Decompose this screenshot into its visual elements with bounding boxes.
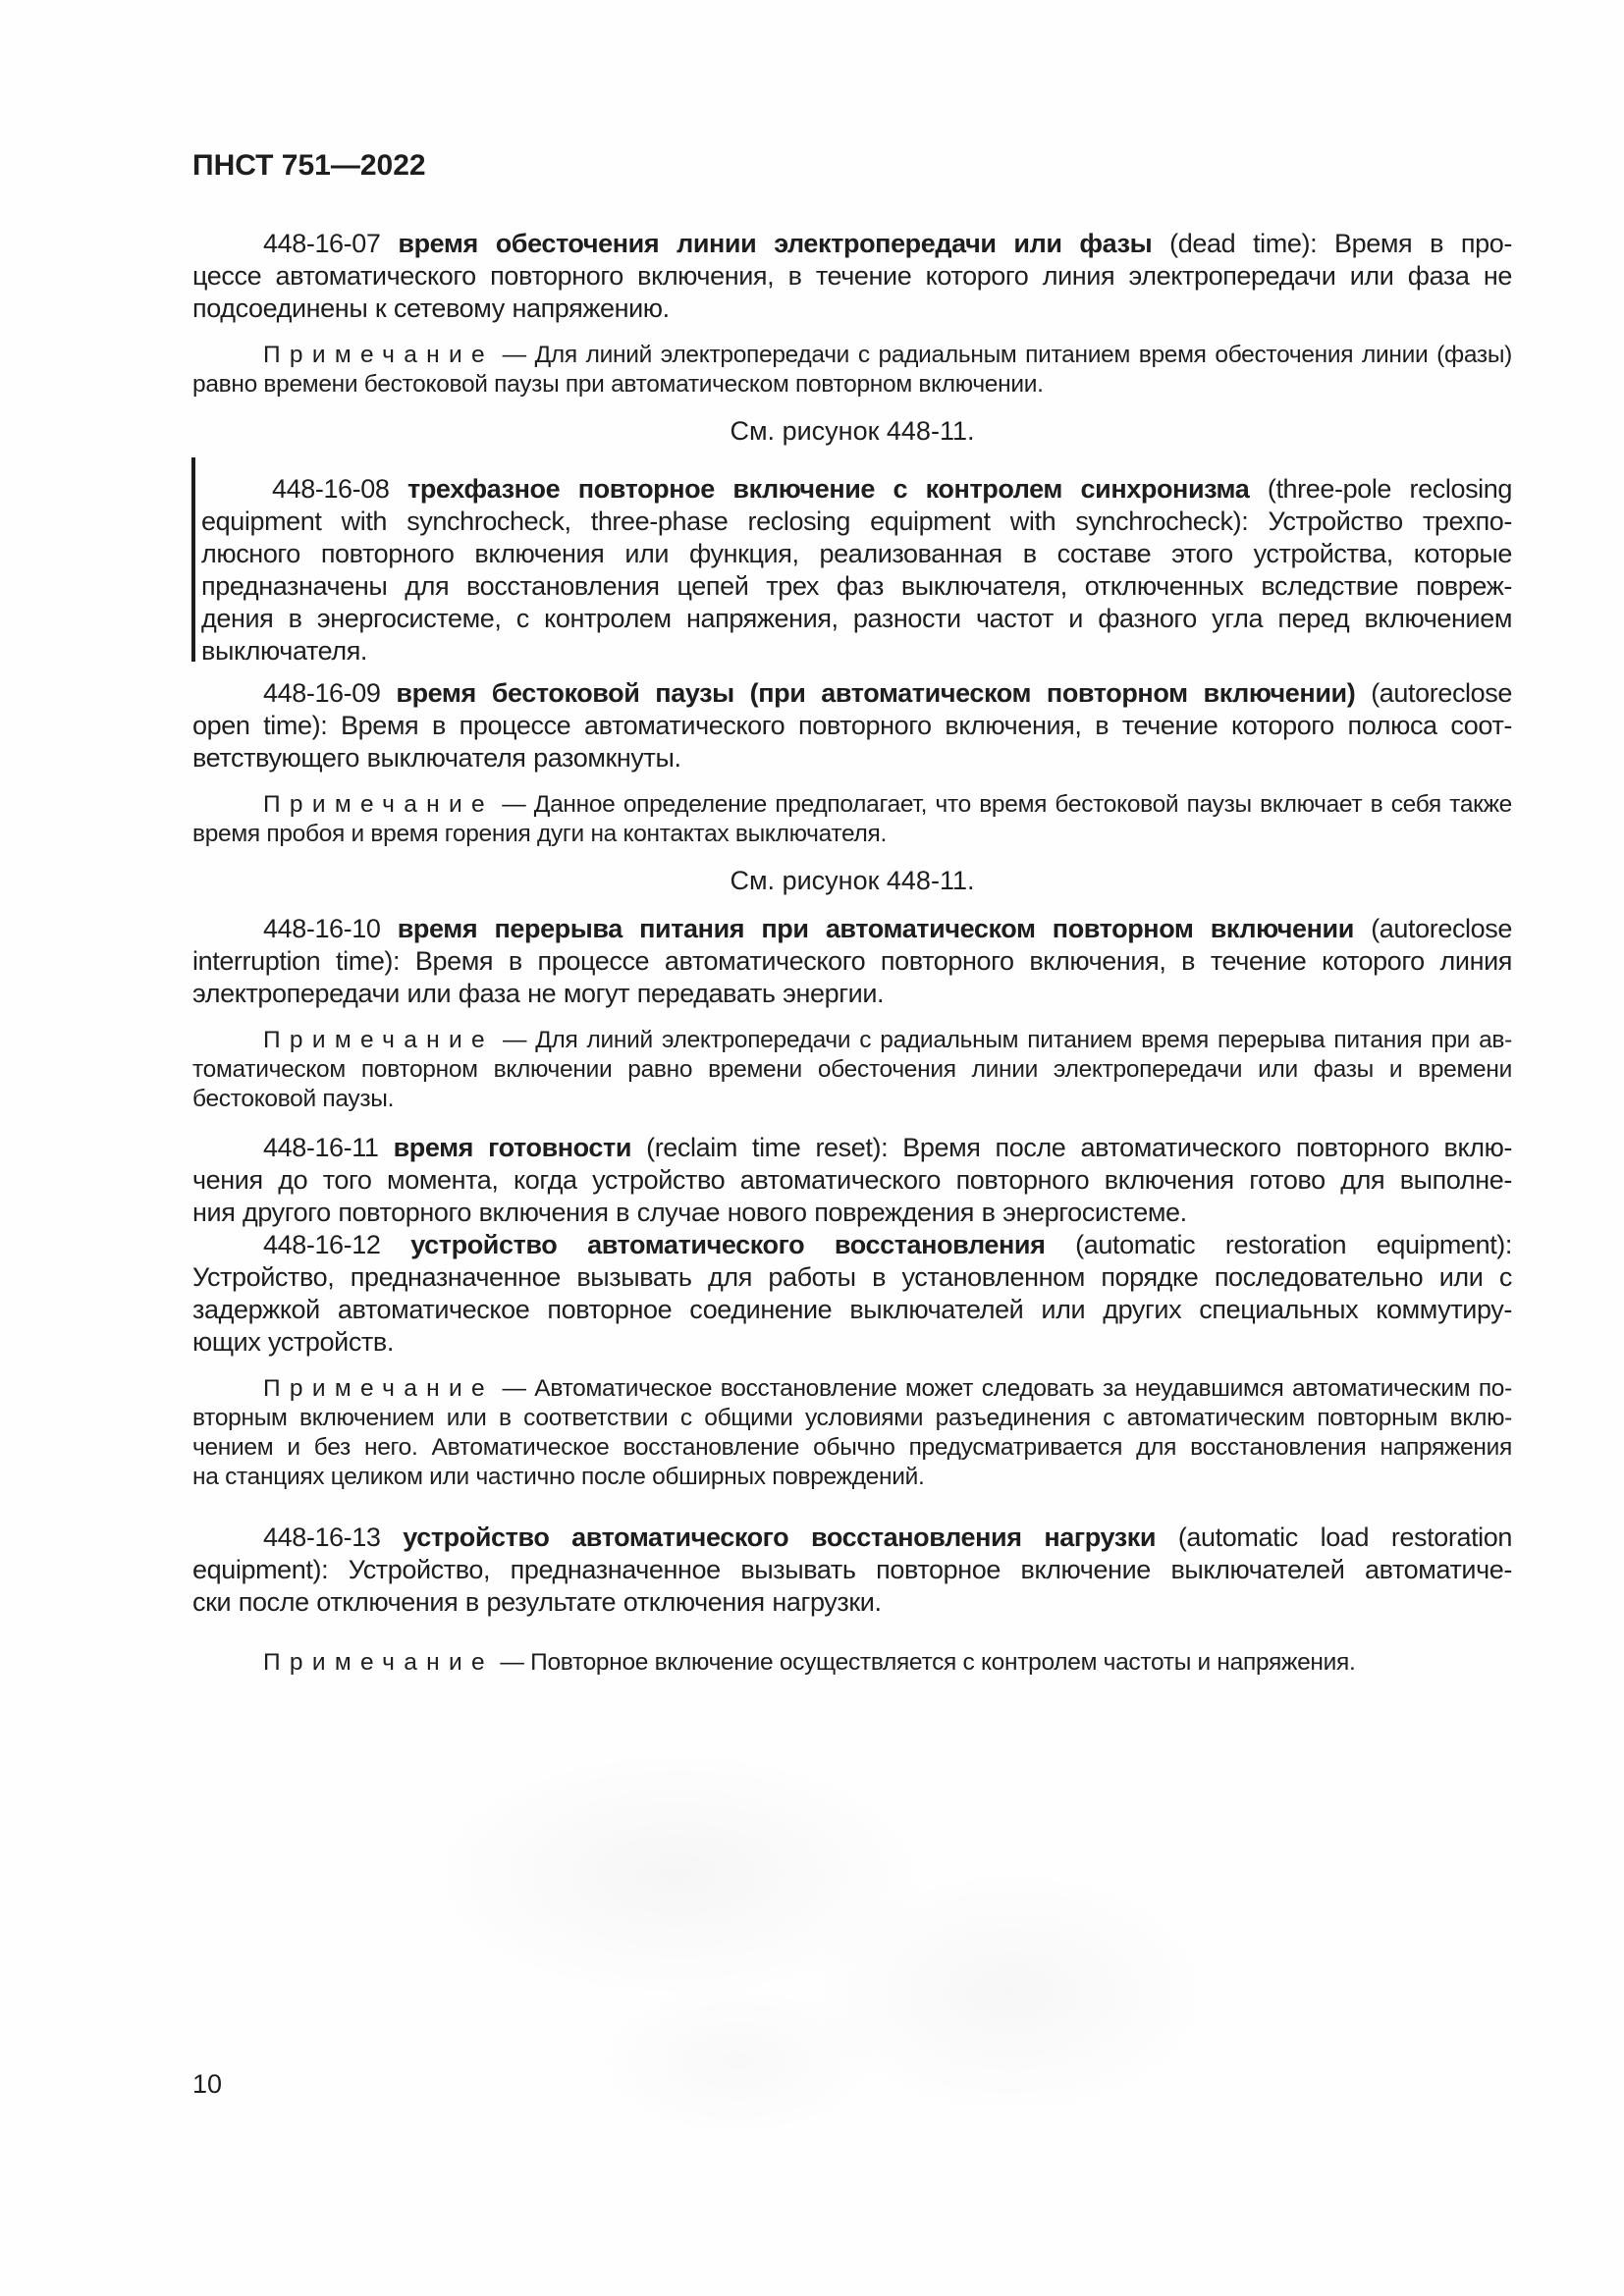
definition-paragraph: 448-16-07 время обесточения линии электр… <box>192 228 1512 325</box>
text-line: 448-16-10 время перерыва питания при авт… <box>192 913 1512 945</box>
text-line: ски после отключения в результате отключ… <box>192 1586 1512 1619</box>
text-line: на станциях целиком или частично после о… <box>192 1463 1512 1492</box>
text-line: ющих устройств. <box>192 1326 1512 1359</box>
text-line: ветствующего выключателя разомкнуты. <box>192 742 1512 774</box>
text-line: Примечание — Данное определение предпола… <box>192 790 1512 820</box>
text-line: interruption time): Время в процессе авт… <box>192 945 1512 978</box>
note-paragraph: Примечание — Повторное включение осущест… <box>192 1648 1512 1678</box>
note-paragraph: Примечание — Для линий электропередачи с… <box>192 341 1512 400</box>
text-line: equipment): Устройство, предназначенное … <box>192 1554 1512 1586</box>
text-line: электропередачи или фаза не могут переда… <box>192 978 1512 1010</box>
text-line: Устройство, предназначенное вызывать для… <box>192 1261 1512 1294</box>
content-column: 448-16-07 время обесточения линии электр… <box>192 228 1512 1693</box>
text-line: выключателя. <box>201 635 1512 667</box>
text-line: 448-16-12 устройство автоматического вос… <box>192 1229 1512 1261</box>
document-page: ПНСТ 751—2022 448-16-07 время обесточени… <box>0 0 1624 2296</box>
page-number: 10 <box>192 2069 222 2100</box>
text-line: чением и без него. Автоматическое восста… <box>192 1433 1512 1463</box>
note-paragraph: Примечание — Для линий электропередачи с… <box>192 1026 1512 1114</box>
text-line: 448-16-08 трехфазное повторное включение… <box>201 473 1512 506</box>
text-line: вторным включением или в соответствии с … <box>192 1404 1512 1433</box>
text-line: предназначены для восстановления цепей т… <box>201 570 1512 603</box>
text-line: подсоединены к сетевому напряжению. <box>192 293 1512 325</box>
text-line: 448-16-13 устройство автоматического вос… <box>192 1522 1512 1554</box>
text-line: 448-16-11 время готовности (reclaim time… <box>192 1132 1512 1164</box>
text-line: чения до того момента, когда устройство … <box>192 1164 1512 1197</box>
scan-artifact <box>805 1865 1218 2120</box>
figure-reference: См. рисунок 448-11. <box>192 415 1512 448</box>
definition-paragraph: 448-16-11 время готовности (reclaim time… <box>192 1132 1512 1229</box>
note-paragraph: Примечание — Данное определение предпола… <box>192 790 1512 849</box>
text-line: Примечание — Для линий электропередачи с… <box>192 1026 1512 1055</box>
document-code-header: ПНСТ 751—2022 <box>192 149 426 183</box>
text-line: бестоковой паузы. <box>192 1085 1512 1114</box>
definition-paragraph: 448-16-09 время бестоковой паузы (при ав… <box>192 677 1512 774</box>
figure-reference: См. рисунок 448-11. <box>192 865 1512 897</box>
text-line: 448-16-09 время бестоковой паузы (при ав… <box>192 677 1512 710</box>
definition-paragraph: 448-16-08 трехфазное повторное включение… <box>192 473 1512 667</box>
definition-paragraph: 448-16-13 устройство автоматического вос… <box>192 1522 1512 1619</box>
text-line: 448-16-07 время обесточения линии электр… <box>192 228 1512 260</box>
scan-artifact <box>589 1983 884 2140</box>
text-line: томатическом повторном включении равно в… <box>192 1055 1512 1085</box>
text-line: Примечание — Для линий электропередачи с… <box>192 341 1512 370</box>
text-line: Примечание — Повторное включение осущест… <box>192 1648 1512 1678</box>
scan-artifact <box>422 1747 933 2002</box>
text-line: equipment with synchrocheck, three-phase… <box>201 506 1512 538</box>
definition-paragraph: 448-16-10 время перерыва питания при авт… <box>192 913 1512 1010</box>
text-line: время пробоя и время горения дуги на кон… <box>192 820 1512 849</box>
text-line: равно времени бестоковой паузы при автом… <box>192 370 1512 400</box>
text-line: Примечание — Автоматическое восстановлен… <box>192 1374 1512 1404</box>
note-paragraph: Примечание — Автоматическое восстановлен… <box>192 1374 1512 1492</box>
text-line: люсного повторного включения или функция… <box>201 538 1512 570</box>
text-line: open time): Время в процессе автоматичес… <box>192 710 1512 742</box>
text-line: дения в энергосистеме, с контролем напря… <box>201 603 1512 635</box>
text-line: задержкой автоматическое повторное соеди… <box>192 1294 1512 1326</box>
text-line: ния другого повторного включения в случа… <box>192 1197 1512 1229</box>
text-line: цессе автоматического повторного включен… <box>192 260 1512 293</box>
definition-paragraph: 448-16-12 устройство автоматического вос… <box>192 1229 1512 1359</box>
